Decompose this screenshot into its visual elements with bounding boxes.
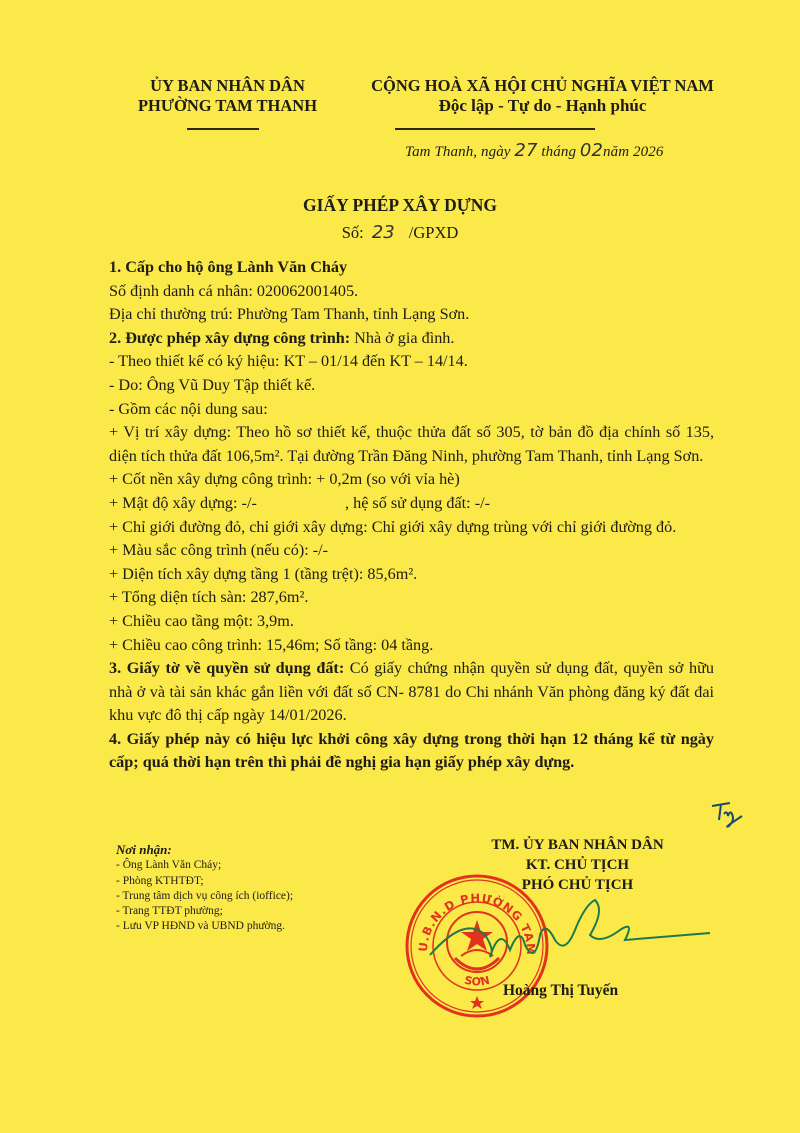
building-height: + Chiều cao công trình: 15,46m; Số tầng:… <box>109 634 714 658</box>
section-4: 4. Giấy phép này có hiệu lực khởi công x… <box>109 728 714 775</box>
number-suffix: /GPXD <box>409 223 459 242</box>
motto-underline <box>395 128 595 130</box>
recipient-item: - Ông Lành Văn Cháy; <box>116 858 293 873</box>
month-label: tháng <box>541 144 576 160</box>
section-1-heading: 1. Cấp cho hộ ông Lành Văn Cháy <box>109 256 714 280</box>
boundary-line: + Chỉ giới đường đỏ, chỉ giới xây dựng: … <box>109 516 714 540</box>
issuer-block: ỦY BAN NHÂN DÂN PHƯỜNG TAM THANH <box>115 76 340 116</box>
place-prefix: Tam Thanh, ngày <box>405 144 511 160</box>
construction-location: + Vị trí xây dựng: Theo hồ sơ thiết kế, … <box>109 421 714 468</box>
issuer-underline <box>187 128 259 130</box>
date-day: 27 <box>514 140 537 161</box>
number-value: 23 <box>372 222 395 243</box>
building-color: + Màu sắc công trình (nếu có): -/- <box>109 539 714 563</box>
document-number: Số: 23/GPXD <box>0 222 800 243</box>
document-body: 1. Cấp cho hộ ông Lành Văn Cháy Số định … <box>109 256 714 775</box>
contents-intro: - Gồm các nội dung sau: <box>109 398 714 422</box>
designer: - Do: Ông Vũ Duy Tập thiết kế. <box>109 374 714 398</box>
document-title: GIẤY PHÉP XÂY DỰNG <box>0 195 800 216</box>
issuer-line-1: ỦY BAN NHÂN DÂN <box>115 76 340 96</box>
land-use-coefficient: , hệ số sử dụng đất: -/- <box>345 494 490 512</box>
ground-floor-area: + Diện tích xây dựng tầng 1 (tầng trệt):… <box>109 563 714 587</box>
density-line: + Mật độ xây dựng: -/-, hệ số sử dụng đấ… <box>109 492 714 516</box>
handwritten-signature <box>425 895 715 975</box>
section-2-value: Nhà ở gia đình. <box>350 329 454 347</box>
recipient-item: - Trang TTĐT phường; <box>116 904 293 919</box>
recipient-item: - Phòng KTHTĐT; <box>116 874 293 889</box>
svg-text:SƠN: SƠN <box>463 974 491 989</box>
recipient-item: - Lưu VP HĐND và UBND phường. <box>116 919 293 934</box>
building-density: + Mật độ xây dựng: -/- <box>109 492 345 516</box>
nation-name: CỘNG HOÀ XÃ HỘI CHỦ NGHĨA VIỆT NAM <box>355 76 730 96</box>
place-date: Tam Thanh, ngày 27 tháng 02năm 2026 <box>405 140 663 161</box>
recipients-heading: Nơi nhận: <box>116 842 293 857</box>
section-2-heading: 2. Được phép xây dựng công trình: <box>109 329 350 347</box>
recipient-item: - Trung tâm dịch vụ công ích (ioffice); <box>116 889 293 904</box>
section-2: 2. Được phép xây dựng công trình: Nhà ở … <box>109 327 714 351</box>
signer-name: Hoàng Thị Tuyến <box>503 982 618 1000</box>
year-label: năm 2026 <box>603 144 663 160</box>
total-floor-area: + Tổng diện tích sàn: 287,6m². <box>109 586 714 610</box>
section-3: 3. Giấy tờ về quyền sử dụng đất: Có giấy… <box>109 657 714 728</box>
personal-id: Số định danh cá nhân: 020062001405. <box>109 280 714 304</box>
issuer-line-2: PHƯỜNG TAM THANH <box>115 96 340 116</box>
stamp-bottom-text: SƠN <box>463 974 491 989</box>
permanent-address: Địa chỉ thường trú: Phường Tam Thanh, tỉ… <box>109 303 714 327</box>
motto: Độc lập - Tự do - Hạnh phúc <box>355 96 730 116</box>
first-floor-height: + Chiều cao tầng một: 3,9m. <box>109 610 714 634</box>
signature-line-1: TM. ỦY BAN NHÂN DÂN <box>470 835 685 855</box>
date-month: 02 <box>580 140 603 161</box>
number-label: Số: <box>342 223 364 242</box>
recipients-block: Nơi nhận: - Ông Lành Văn Cháy; - Phòng K… <box>116 842 293 935</box>
foundation-level: + Cốt nền xây dựng công trình: + 0,2m (s… <box>109 468 714 492</box>
initial-mark <box>708 796 748 832</box>
design-code: - Theo thiết kế có ký hiệu: KT – 01/14 đ… <box>109 350 714 374</box>
national-motto-block: CỘNG HOÀ XÃ HỘI CHỦ NGHĨA VIỆT NAM Độc l… <box>355 76 730 116</box>
section-3-heading: 3. Giấy tờ về quyền sử dụng đất: <box>109 659 344 677</box>
